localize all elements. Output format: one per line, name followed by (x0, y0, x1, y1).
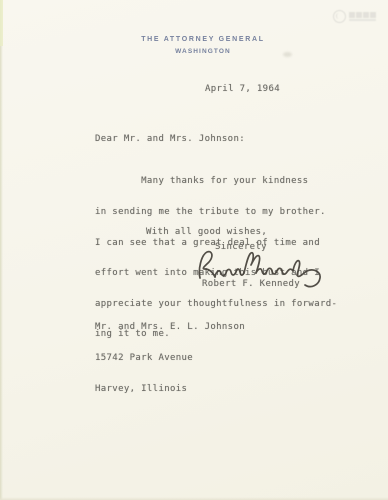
watermark-glyph (363, 12, 369, 18)
recipient-line: Harvey, Illinois (95, 384, 245, 394)
watermark-logo-icon (333, 10, 346, 23)
body-line: in sending me the tribute to my brother. (95, 207, 337, 217)
watermark-glyph (349, 12, 355, 18)
scan-watermark (333, 10, 376, 23)
watermark-row1 (349, 12, 376, 18)
letter-date: April 7, 1964 (205, 84, 280, 94)
letterhead-line1: THE ATTORNEY GENERAL (18, 33, 388, 46)
salutation: Dear Mr. and Mrs. Johnson: (95, 134, 245, 144)
body-line: Many thanks for your kindness (95, 176, 337, 186)
watermark-row2 (349, 19, 376, 21)
letterhead-line2: WASHINGTON (18, 46, 388, 58)
handwritten-signature (193, 246, 330, 296)
watermark-text-blocks (349, 12, 376, 21)
letterhead: THE ATTORNEY GENERAL WASHINGTON (18, 33, 388, 58)
watermark-glyph (370, 12, 376, 18)
recipient-line: Mr. and Mrs. E. L. Johnson (95, 322, 245, 332)
recipient-line: 15742 Park Avenue (95, 353, 245, 363)
paper-left-edge-tint (0, 0, 3, 46)
closing-line: With all good wishes, (146, 227, 267, 237)
recipient-address: Mr. and Mrs. E. L. Johnson 15742 Park Av… (95, 302, 245, 404)
paper-left-edge (0, 0, 3, 500)
watermark-glyph (356, 12, 362, 18)
